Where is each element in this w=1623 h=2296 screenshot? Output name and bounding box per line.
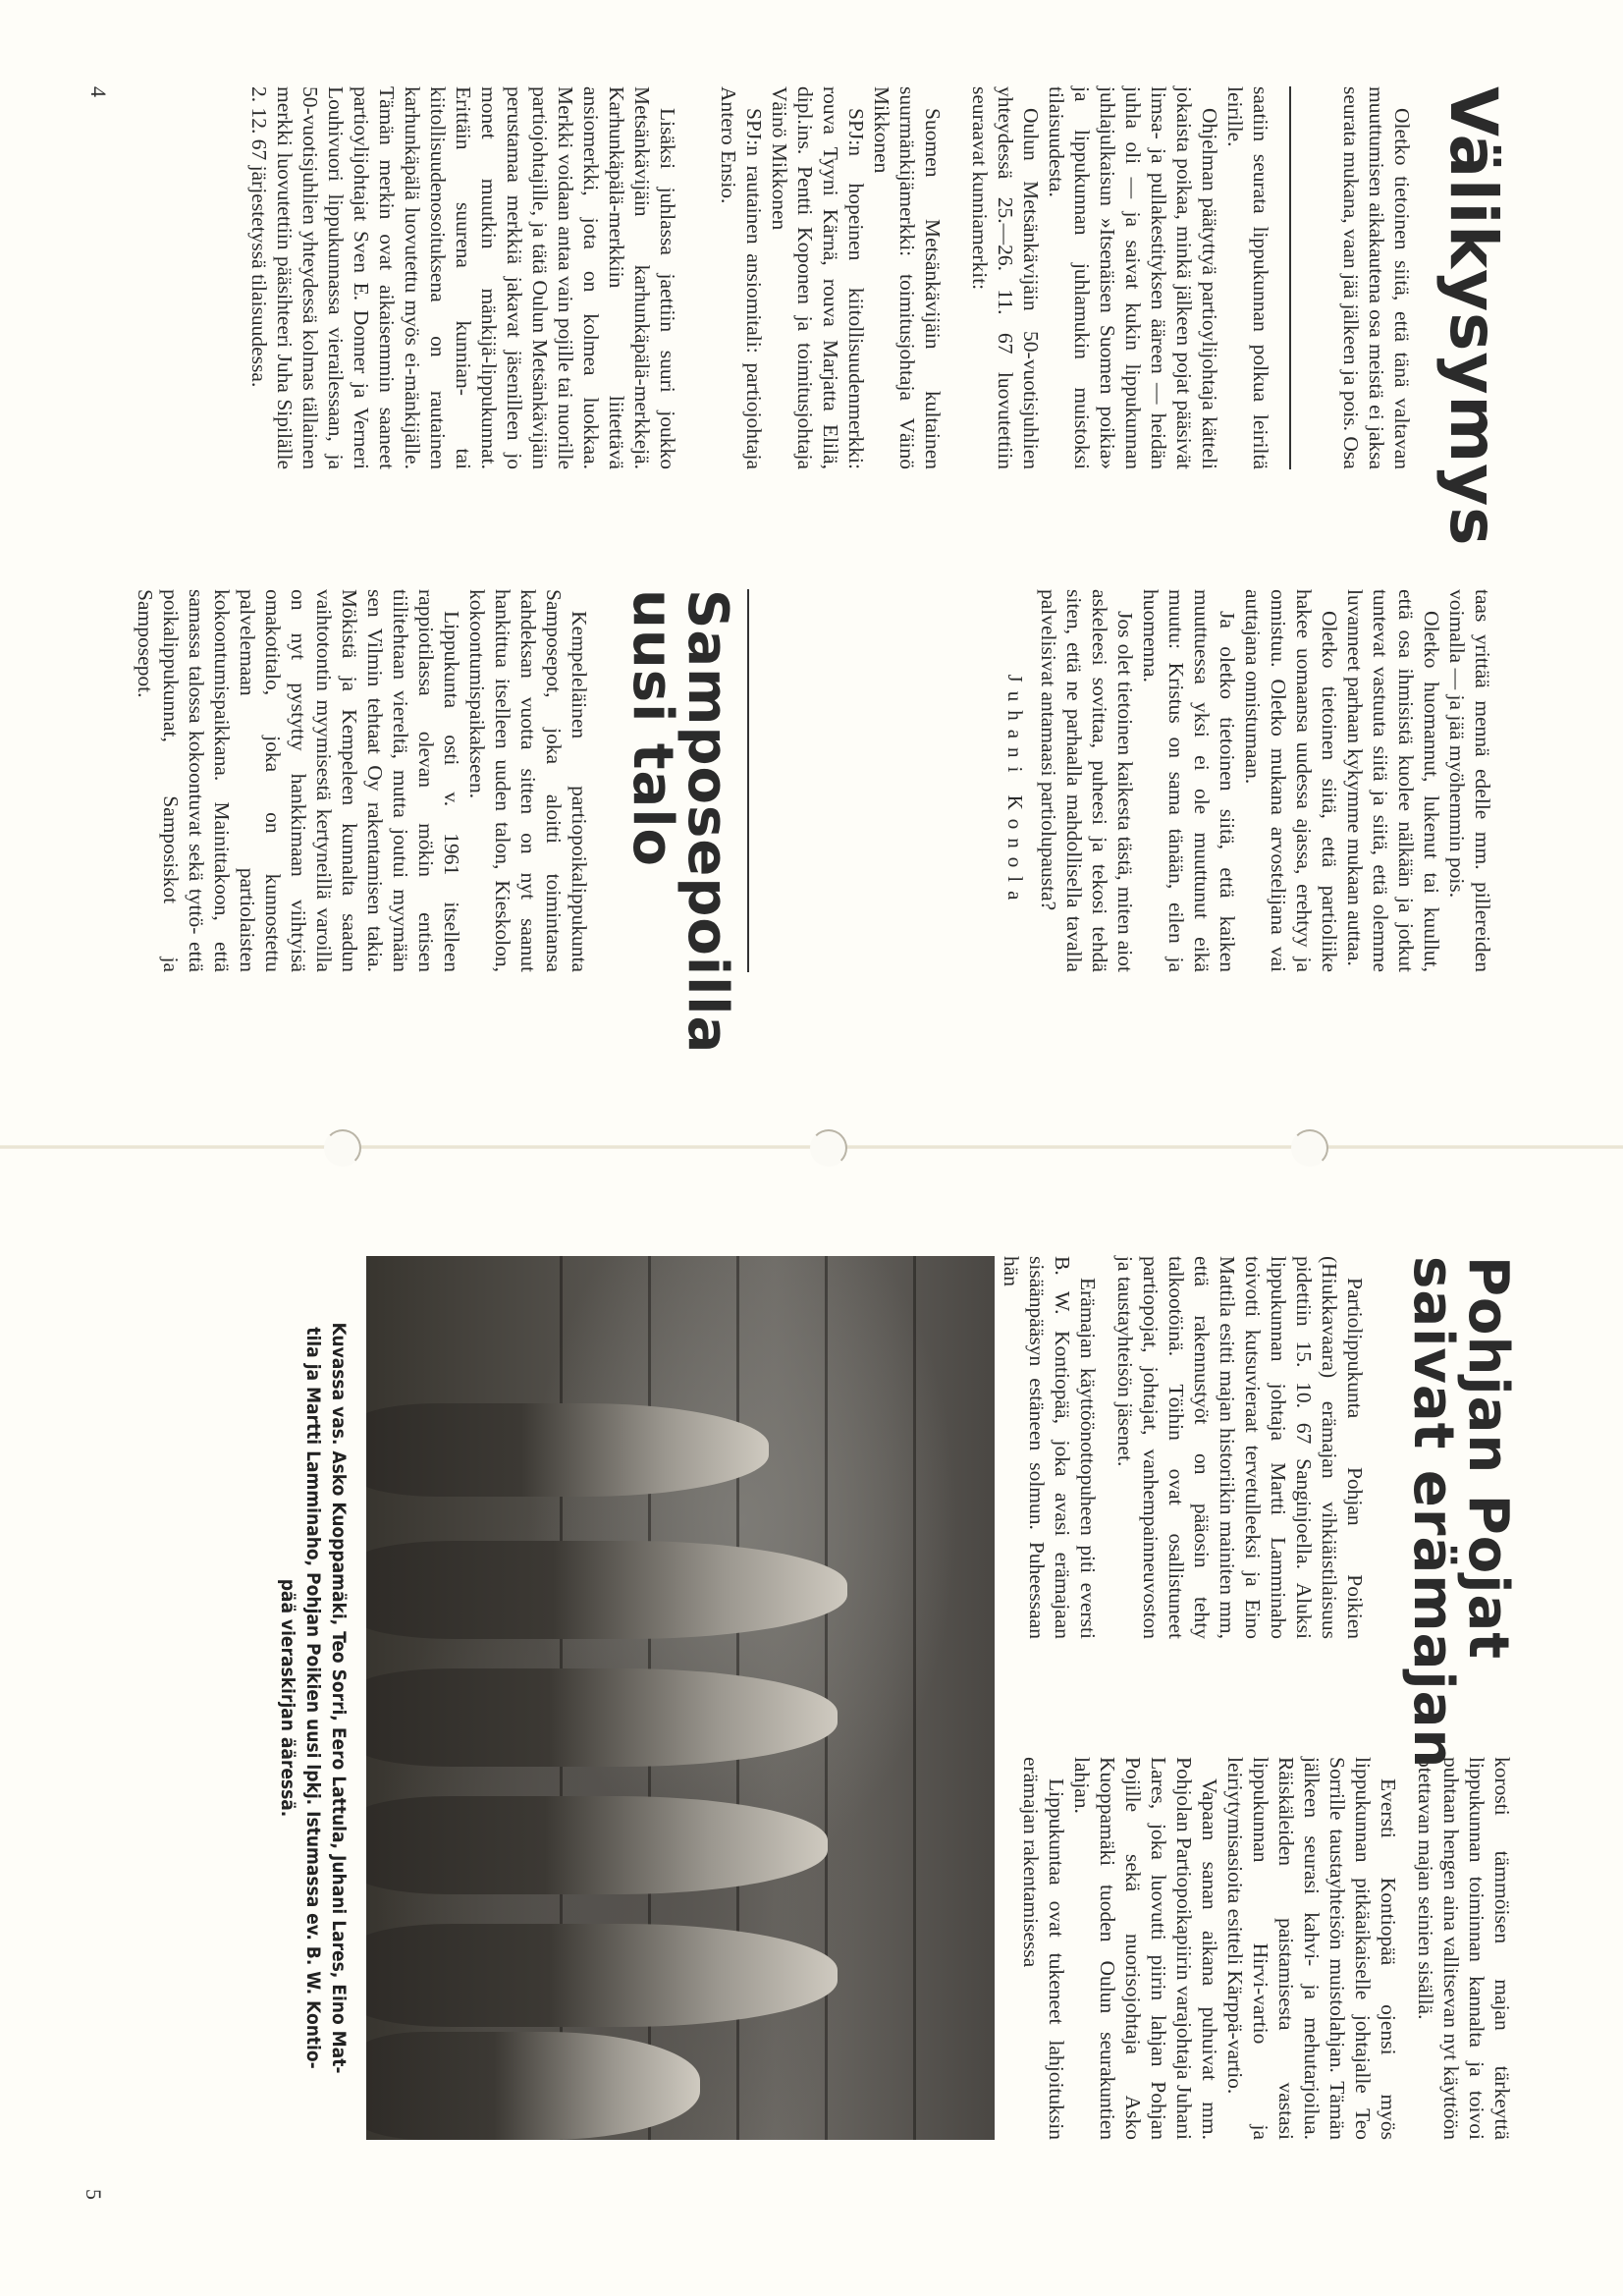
article1-intro: Oletko tietoinen siitä, että tänä valtav…	[1338, 86, 1415, 469]
article3-column-2: korosti tämmöisen majan tärkeyttä lippuk…	[1018, 1757, 1515, 2140]
continuation-column-1: saatiin seurata lippukunnan polkua leiri…	[967, 86, 1273, 469]
page-4: Välikysymys Oletko tietoinen siitä, että…	[0, 0, 1623, 1148]
article-title-valikysymys: Välikysymys	[1440, 86, 1505, 547]
article1-body: taas yrittää mennä edelle mm. pillereide…	[1002, 589, 1495, 972]
author-signature: Juhani Konola	[1002, 589, 1028, 972]
page-number-4: 4	[85, 86, 111, 97]
article3-column-1: Partiolippukunta Pohjan Poikien (Hiukkav…	[999, 1256, 1368, 1639]
magazine-spread: Välikysymys Oletko tietoinen siitä, että…	[0, 0, 1623, 2296]
article-title-pohjan-pojat: Pohjan Pojat saivat erämajan	[1405, 1256, 1515, 1769]
divider-rule	[1289, 86, 1291, 469]
article-title-samposepoilla: Samposepoilla uusi talo	[624, 589, 734, 1054]
page-5: Pohjan Pojat saivat erämajan Partiolippu…	[0, 1148, 1623, 2296]
page-number-5: 5	[81, 2189, 106, 2200]
continuation-column-3: Lisäksi juhlassa jaettiin suuri joukko M…	[246, 86, 680, 469]
scouts-cabin-photo	[366, 1256, 995, 2140]
divider-rule	[747, 589, 749, 972]
article2-body: Kempeleläinen partiopoikalippukunta Samp…	[133, 589, 592, 972]
continuation-column-2: Suomen Metsänkävijäin kultainen suurmänk…	[716, 86, 946, 469]
photo-caption: Kuvassa vas. Asko Kuoppamäki, Teo Sorri,…	[275, 1256, 352, 2140]
